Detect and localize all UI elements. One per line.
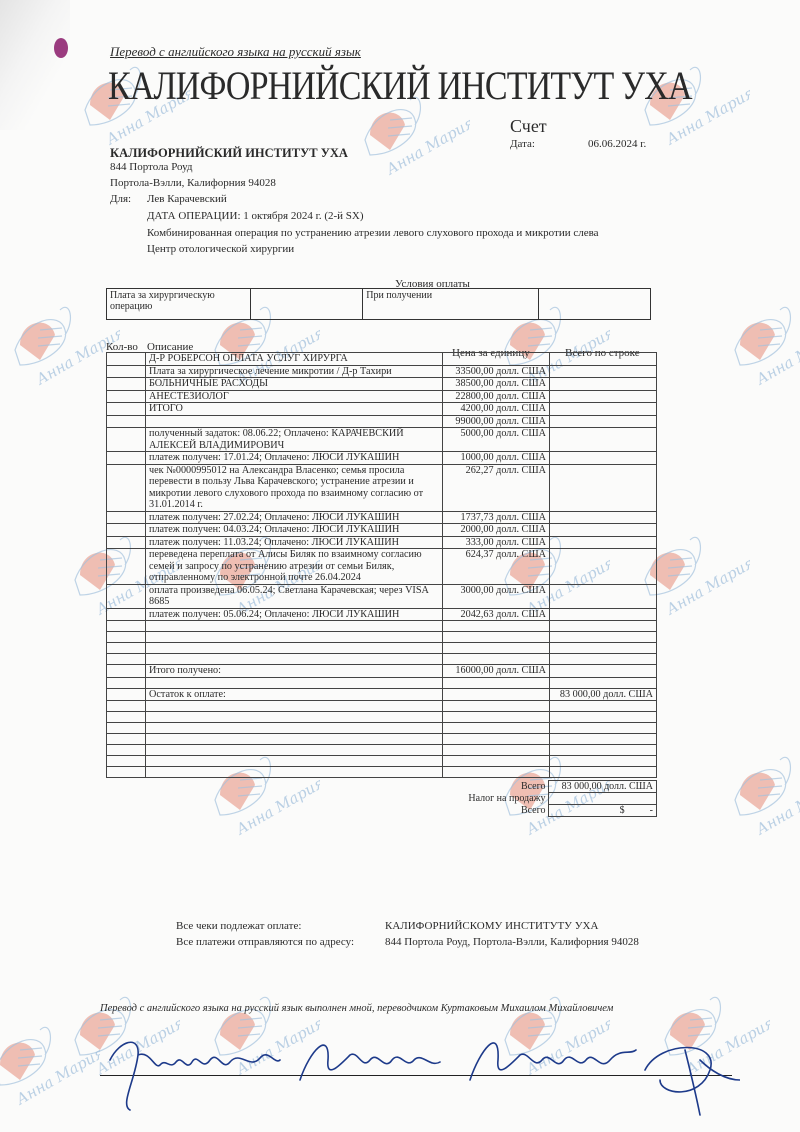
cell-qty: [107, 665, 146, 678]
table-row: [107, 745, 657, 756]
cell-price: 3000,00 долл. США: [443, 584, 550, 608]
cell-qty: [107, 536, 146, 549]
date-label: Дата:: [510, 138, 535, 150]
cell-total: [550, 701, 657, 712]
cell-desc: Итого получено:: [146, 665, 443, 678]
cell-price: [443, 654, 550, 665]
table-row: платеж получен: 04.03.24; Оплачено: ЛЮСИ…: [107, 524, 657, 537]
cell-price: 333,00 долл. США: [443, 536, 550, 549]
table-row: АНЕСТЕЗИОЛОГ22800,00 долл. США: [107, 390, 657, 403]
cell-desc: Д-Р РОБЕРСОН ОПЛАТА УСЛУГ ХИРУРГА: [146, 353, 443, 366]
cell-total: [550, 712, 657, 723]
cell-total: [550, 632, 657, 643]
cell-qty: [107, 677, 146, 688]
cell-price: 1000,00 долл. США: [443, 452, 550, 465]
cell-total: [550, 723, 657, 734]
cell-desc: полученный задаток: 08.06.22; Оплачено: …: [146, 428, 443, 452]
table-row: Итого получено:16000,00 долл. США: [107, 665, 657, 678]
table-row: [107, 701, 657, 712]
cell-total: [550, 378, 657, 391]
cell-price: [443, 621, 550, 632]
svg-text:Анна Мария: Анна Мария: [382, 114, 470, 179]
cell-price: 33500,00 долл. США: [443, 365, 550, 378]
cell-qty: [107, 745, 146, 756]
cell-qty: [107, 428, 146, 452]
table-row: переведена переплата от Алисы Биляк по в…: [107, 549, 657, 585]
cell-qty: [107, 632, 146, 643]
cell-price: [443, 712, 550, 723]
cell-desc: платеж получен: 05.06.24; Оплачено: ЛЮСИ…: [146, 608, 443, 621]
payments-address-value: 844 Портола Роуд, Портола-Вэлли, Калифор…: [385, 936, 639, 948]
terms-cell: [538, 289, 650, 320]
cell-qty: [107, 756, 146, 767]
cell-price: [443, 734, 550, 745]
payments-address-label: Все платежи отправляются по адресу:: [176, 936, 354, 948]
cell-desc: платеж получен: 17.01.24; Оплачено: ЛЮСИ…: [146, 452, 443, 465]
cell-desc: оплата произведена 06.05.24; Светлана Ка…: [146, 584, 443, 608]
cell-total: 83 000,00 долл. США: [550, 688, 657, 701]
cell-desc: [146, 734, 443, 745]
cell-qty: [107, 643, 146, 654]
cell-total: [550, 428, 657, 452]
cell-total: [550, 643, 657, 654]
cell-desc: [146, 701, 443, 712]
cell-total: [550, 756, 657, 767]
cell-qty: [107, 608, 146, 621]
svg-text:Анна Мария: Анна Мария: [752, 324, 800, 389]
cell-qty: [107, 701, 146, 712]
cell-desc: [146, 756, 443, 767]
table-row: платеж получен: 11.03.24; Оплачено: ЛЮСИ…: [107, 536, 657, 549]
terms-cell: Плата за хирургическую операцию: [107, 289, 251, 320]
operation-date: ДАТА ОПЕРАЦИИ: 1 октября 2024 г. (2-й SX…: [147, 210, 364, 222]
cell-qty: [107, 511, 146, 524]
cell-price: [443, 767, 550, 778]
watermark-logo-icon: Анна Мария: [0, 1010, 100, 1120]
cell-total: [550, 608, 657, 621]
cell-total: [550, 452, 657, 465]
recipient-name: Лев Карачевский: [147, 193, 227, 205]
cell-total: [550, 353, 657, 366]
cell-desc: [146, 415, 443, 428]
watermark-logo-icon: Анна Мария: [720, 290, 800, 400]
total-label: Всего: [442, 805, 549, 817]
cell-desc: [146, 712, 443, 723]
checks-payable-value: КАЛИФОРНИЙСКОМУ ИНСТИТУТУ УХА: [385, 920, 598, 932]
cell-desc: [146, 745, 443, 756]
cell-price: [443, 723, 550, 734]
date-value: 06.06.2024 г.: [588, 138, 646, 150]
cell-qty: [107, 524, 146, 537]
table-row: оплата произведена 06.05.24; Светлана Ка…: [107, 584, 657, 608]
cell-qty: [107, 464, 146, 511]
subtotal-value: 83 000,00 долл. США: [549, 781, 657, 793]
cell-qty: [107, 365, 146, 378]
cell-qty: [107, 415, 146, 428]
cell-desc: [146, 643, 443, 654]
table-row: [107, 767, 657, 778]
cell-total: [550, 464, 657, 511]
cell-qty: [107, 584, 146, 608]
checks-payable-label: Все чеки подлежат оплате:: [176, 920, 301, 932]
cell-total: [550, 415, 657, 428]
table-row: [107, 654, 657, 665]
cell-total: [550, 511, 657, 524]
cell-qty: [107, 767, 146, 778]
cell-qty: [107, 353, 146, 366]
table-row: платеж получен: 17.01.24; Оплачено: ЛЮСИ…: [107, 452, 657, 465]
cell-qty: [107, 378, 146, 391]
cell-price: [443, 643, 550, 654]
svg-text:Анна Мария: Анна Мария: [232, 774, 320, 839]
cell-price: [443, 677, 550, 688]
cell-price: 2000,00 долл. США: [443, 524, 550, 537]
cell-qty: [107, 712, 146, 723]
page-title: КАЛИФОРНИЙСКИЙ ИНСТИТУТ УХА: [108, 62, 692, 109]
cell-qty: [107, 549, 146, 585]
cell-price: 4200,00 долл. США: [443, 403, 550, 416]
cell-qty: [107, 452, 146, 465]
cell-total: [550, 734, 657, 745]
cell-desc: [146, 767, 443, 778]
recipient-label: Для:: [110, 193, 131, 205]
surgery-center: Центр отологической хирургии: [147, 243, 294, 255]
table-row: [107, 677, 657, 688]
cell-price: [443, 353, 550, 366]
cell-desc: платеж получен: 27.02.24; Оплачено: ЛЮСИ…: [146, 511, 443, 524]
issuer-address-2: Портола-Вэлли, Калифорния 94028: [110, 177, 276, 189]
watermark-logo-icon: Анна Мария: [720, 740, 800, 850]
cell-desc: Плата за хирургическое лечение микротии …: [146, 365, 443, 378]
sales-tax-label: Налог на продажу: [442, 793, 549, 805]
table-row: [107, 756, 657, 767]
cell-total: [550, 549, 657, 585]
cell-total: [550, 365, 657, 378]
cell-price: [443, 688, 550, 701]
document-type: Счет: [510, 116, 547, 137]
cell-qty: [107, 621, 146, 632]
cell-price: 624,37 долл. США: [443, 549, 550, 585]
table-row: [107, 712, 657, 723]
cell-price: 22800,00 долл. США: [443, 390, 550, 403]
table-row: Плата за хирургическое лечение микротии …: [107, 365, 657, 378]
cell-total: [550, 390, 657, 403]
cell-desc: переведена переплата от Алисы Биляк по в…: [146, 549, 443, 585]
cell-qty: [107, 390, 146, 403]
table-row: [107, 723, 657, 734]
issuer-address-1: 844 Портола Роуд: [110, 161, 193, 173]
cell-desc: БОЛЬНИЧНЫЕ РАСХОДЫ: [146, 378, 443, 391]
cell-qty: [107, 688, 146, 701]
svg-text:Анна Мария: Анна Мария: [752, 774, 800, 839]
cell-price: 5000,00 долл. США: [443, 428, 550, 452]
translator-signature: [100, 1010, 740, 1120]
table-row: платеж получен: 05.06.24; Оплачено: ЛЮСИ…: [107, 608, 657, 621]
cell-total: [550, 621, 657, 632]
cell-total: [550, 584, 657, 608]
cell-desc: [146, 632, 443, 643]
cell-total: [550, 665, 657, 678]
table-row: [107, 621, 657, 632]
cell-total: [550, 767, 657, 778]
table-row: Д-Р РОБЕРСОН ОПЛАТА УСЛУГ ХИРУРГА: [107, 353, 657, 366]
cell-qty: [107, 654, 146, 665]
cell-desc: [146, 723, 443, 734]
cell-price: 38500,00 долл. США: [443, 378, 550, 391]
cell-price: [443, 701, 550, 712]
table-row: чек №0000995012 на Александра Власенко; …: [107, 464, 657, 511]
cell-desc: платеж получен: 04.03.24; Оплачено: ЛЮСИ…: [146, 524, 443, 537]
table-row: [107, 643, 657, 654]
cell-price: 99000,00 долл. США: [443, 415, 550, 428]
cell-price: [443, 745, 550, 756]
table-row: 99000,00 долл. США: [107, 415, 657, 428]
cell-total: [550, 745, 657, 756]
subtotal-label: Всего: [442, 781, 549, 793]
cell-desc: [146, 654, 443, 665]
cell-desc: платеж получен: 11.03.24; Оплачено: ЛЮСИ…: [146, 536, 443, 549]
cell-qty: [107, 734, 146, 745]
cell-desc: [146, 677, 443, 688]
issuer-name: КАЛИФОРНИЙСКИЙ ИНСТИТУТ УХА: [110, 146, 348, 161]
cell-price: 2042,63 долл. США: [443, 608, 550, 621]
translation-note: Перевод с английского языка на русский я…: [110, 44, 361, 60]
cell-price: 262,27 долл. США: [443, 464, 550, 511]
terms-cell: При получении: [363, 289, 538, 320]
cell-qty: [107, 403, 146, 416]
table-row: полученный задаток: 08.06.22; Оплачено: …: [107, 428, 657, 452]
cell-price: [443, 756, 550, 767]
watermark-logo-icon: Анна Мария: [0, 290, 120, 400]
sales-tax-value: [549, 793, 657, 805]
table-row: [107, 734, 657, 745]
cell-total: [550, 536, 657, 549]
cell-price: 16000,00 долл. США: [443, 665, 550, 678]
invoice-table: Д-Р РОБЕРСОН ОПЛАТА УСЛУГ ХИРУРГАПлата з…: [106, 352, 657, 778]
table-row: Остаток к оплате:83 000,00 долл. США: [107, 688, 657, 701]
table-row: платеж получен: 27.02.24; Оплачено: ЛЮСИ…: [107, 511, 657, 524]
cell-desc: чек №0000995012 на Александра Власенко; …: [146, 464, 443, 511]
cell-price: 1737,73 долл. США: [443, 511, 550, 524]
totals-table: Всего 83 000,00 долл. США Налог на прода…: [442, 780, 657, 817]
payment-terms-table: Плата за хирургическую операцию При полу…: [106, 288, 651, 320]
cell-qty: [107, 723, 146, 734]
cell-total: [550, 403, 657, 416]
cell-desc: [146, 621, 443, 632]
binder-mark: [54, 38, 68, 58]
table-row: ИТОГО4200,00 долл. США: [107, 403, 657, 416]
svg-text:Анна Мария: Анна Мария: [12, 1044, 100, 1109]
cell-desc: АНЕСТЕЗИОЛОГ: [146, 390, 443, 403]
cell-total: [550, 654, 657, 665]
cell-desc: Остаток к оплате:: [146, 688, 443, 701]
table-row: БОЛЬНИЧНЫЕ РАСХОДЫ38500,00 долл. США: [107, 378, 657, 391]
procedure-description: Комбинированная операция по устранению а…: [147, 227, 599, 239]
svg-text:Анна Мария: Анна Мария: [662, 554, 750, 619]
total-value: $ -: [549, 805, 657, 817]
cell-desc: ИТОГО: [146, 403, 443, 416]
terms-cell: [250, 289, 362, 320]
cell-total: [550, 677, 657, 688]
cell-price: [443, 632, 550, 643]
page-fold-shadow: [0, 0, 70, 130]
cell-total: [550, 524, 657, 537]
table-row: [107, 632, 657, 643]
